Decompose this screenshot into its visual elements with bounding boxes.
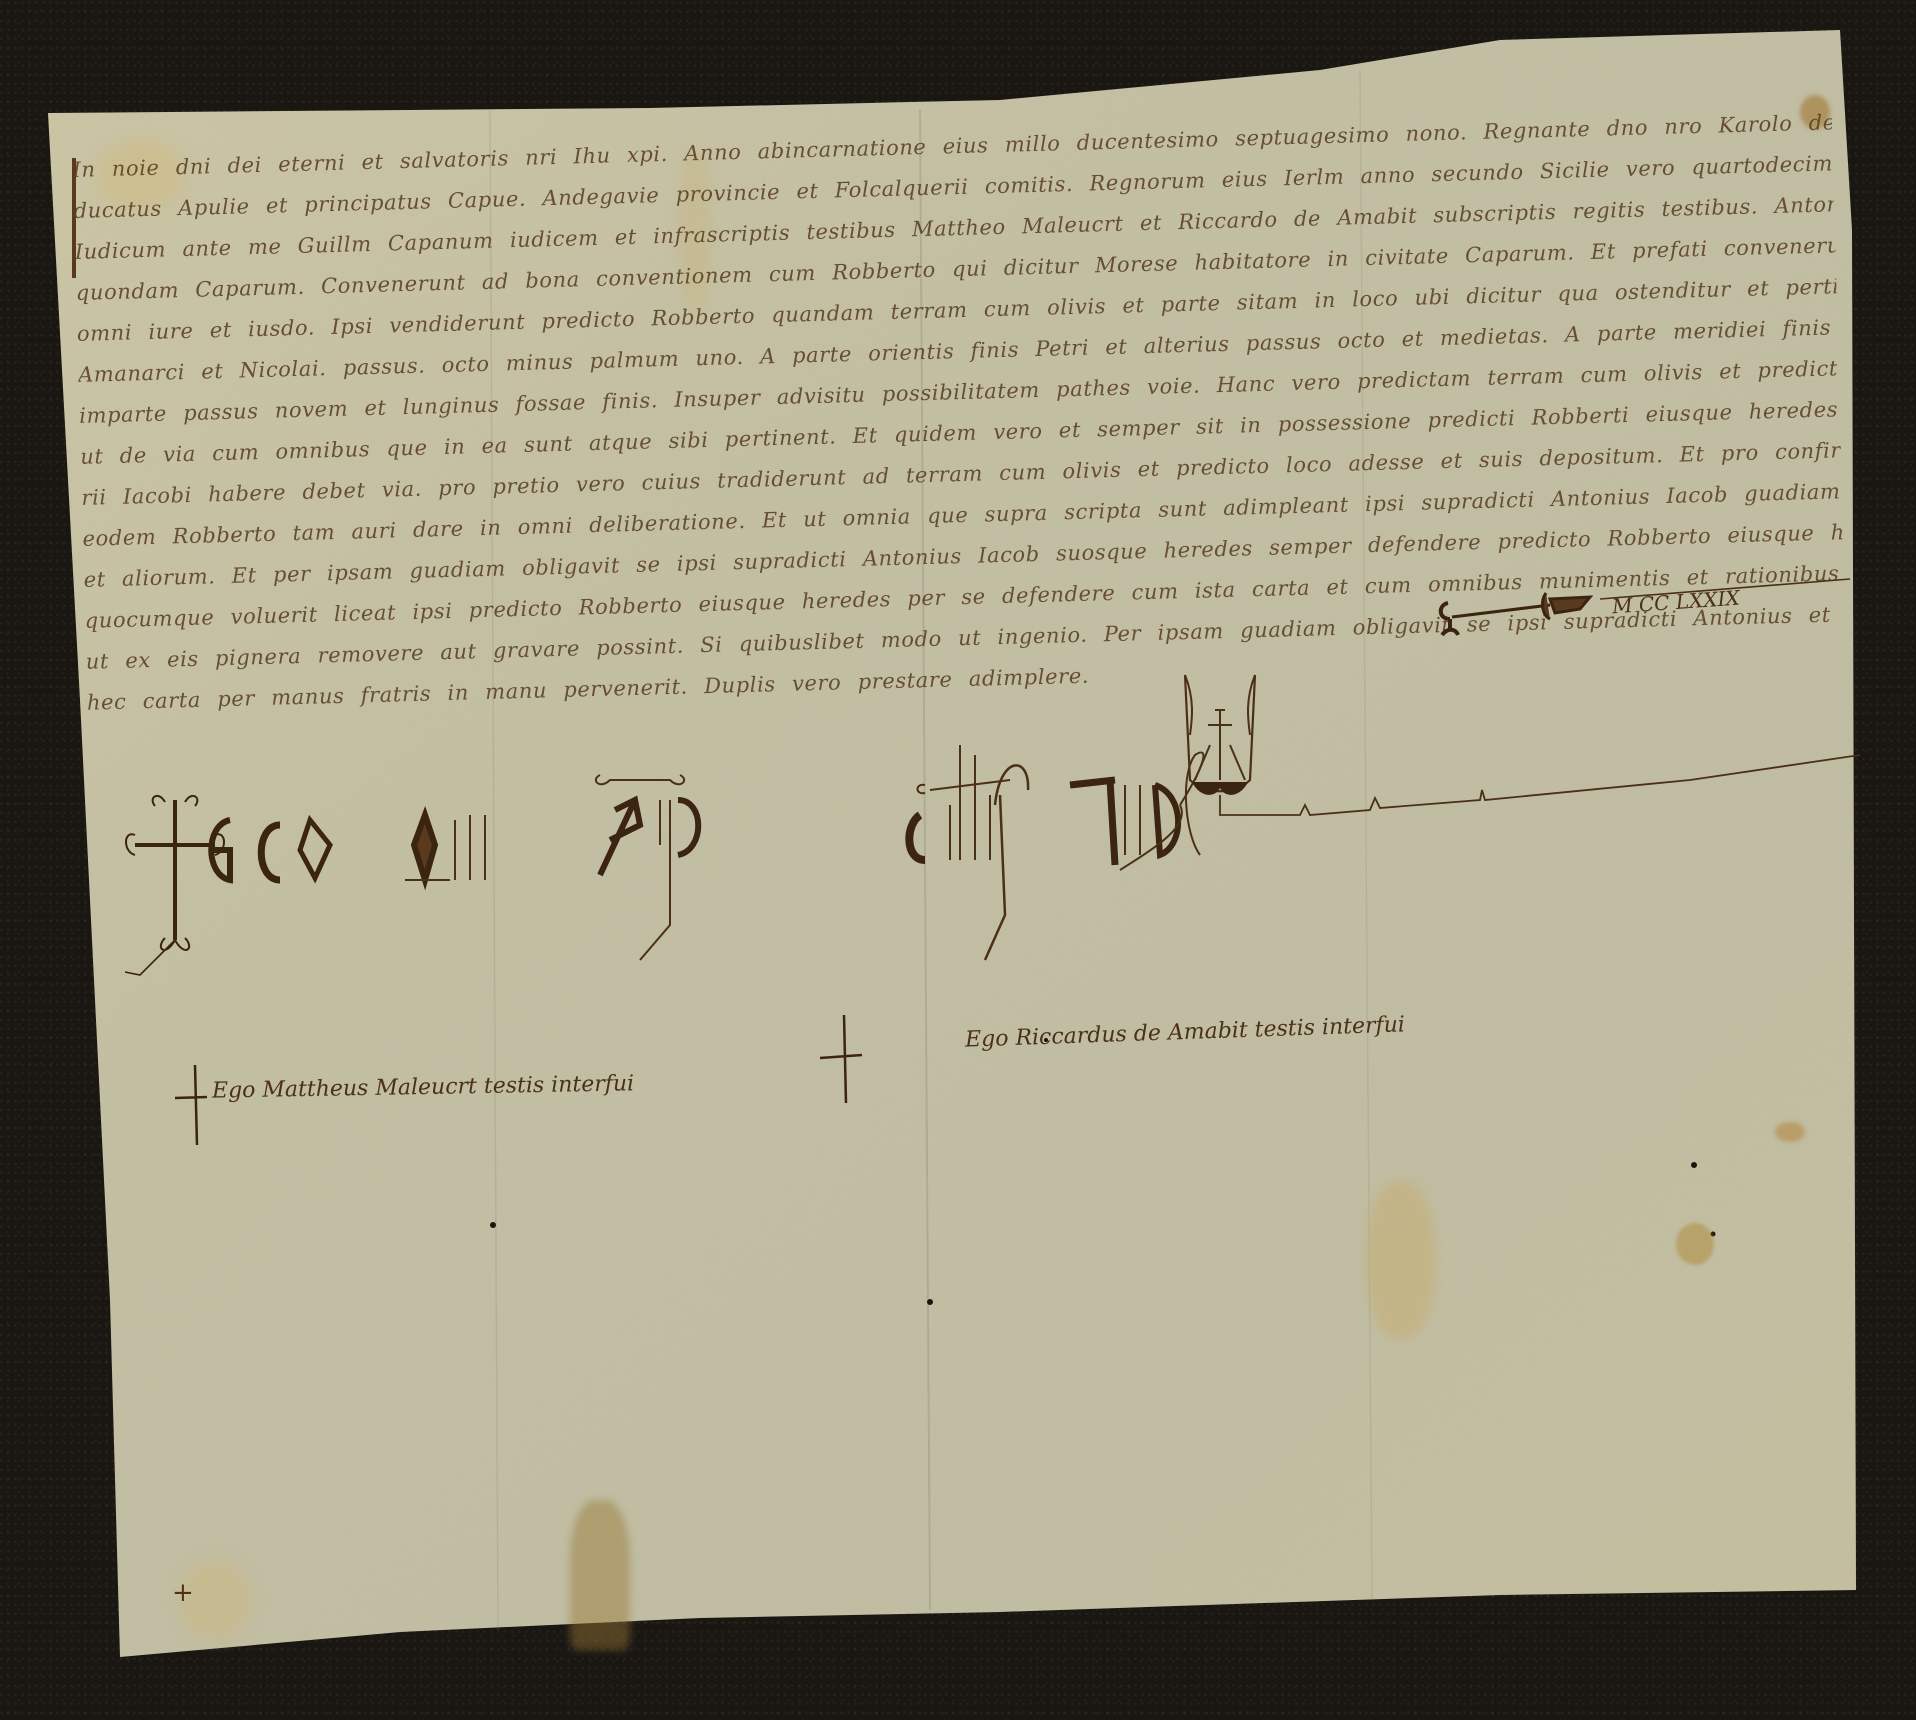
closing-rule-line [1600, 575, 1860, 605]
stain-right-drop [1676, 1223, 1714, 1265]
parchment-charter: In noie dni dei eterni et salvatoris nri… [0, 0, 1916, 1720]
signum-monogram-icon [1170, 670, 1870, 870]
monogram-cap [590, 755, 740, 965]
notarial-sign-icon [1430, 585, 1610, 645]
stain-right-drops [1775, 1122, 1805, 1142]
witness-cross-icon [175, 1065, 215, 1150]
stain-right-center [1366, 1180, 1436, 1340]
stain-bottom-center [570, 1500, 630, 1650]
monogram-gui [400, 800, 510, 890]
corner-cross-mark: + [172, 1578, 194, 1608]
monogram-eco [200, 800, 380, 890]
witness-cross-icon [820, 1015, 870, 1110]
